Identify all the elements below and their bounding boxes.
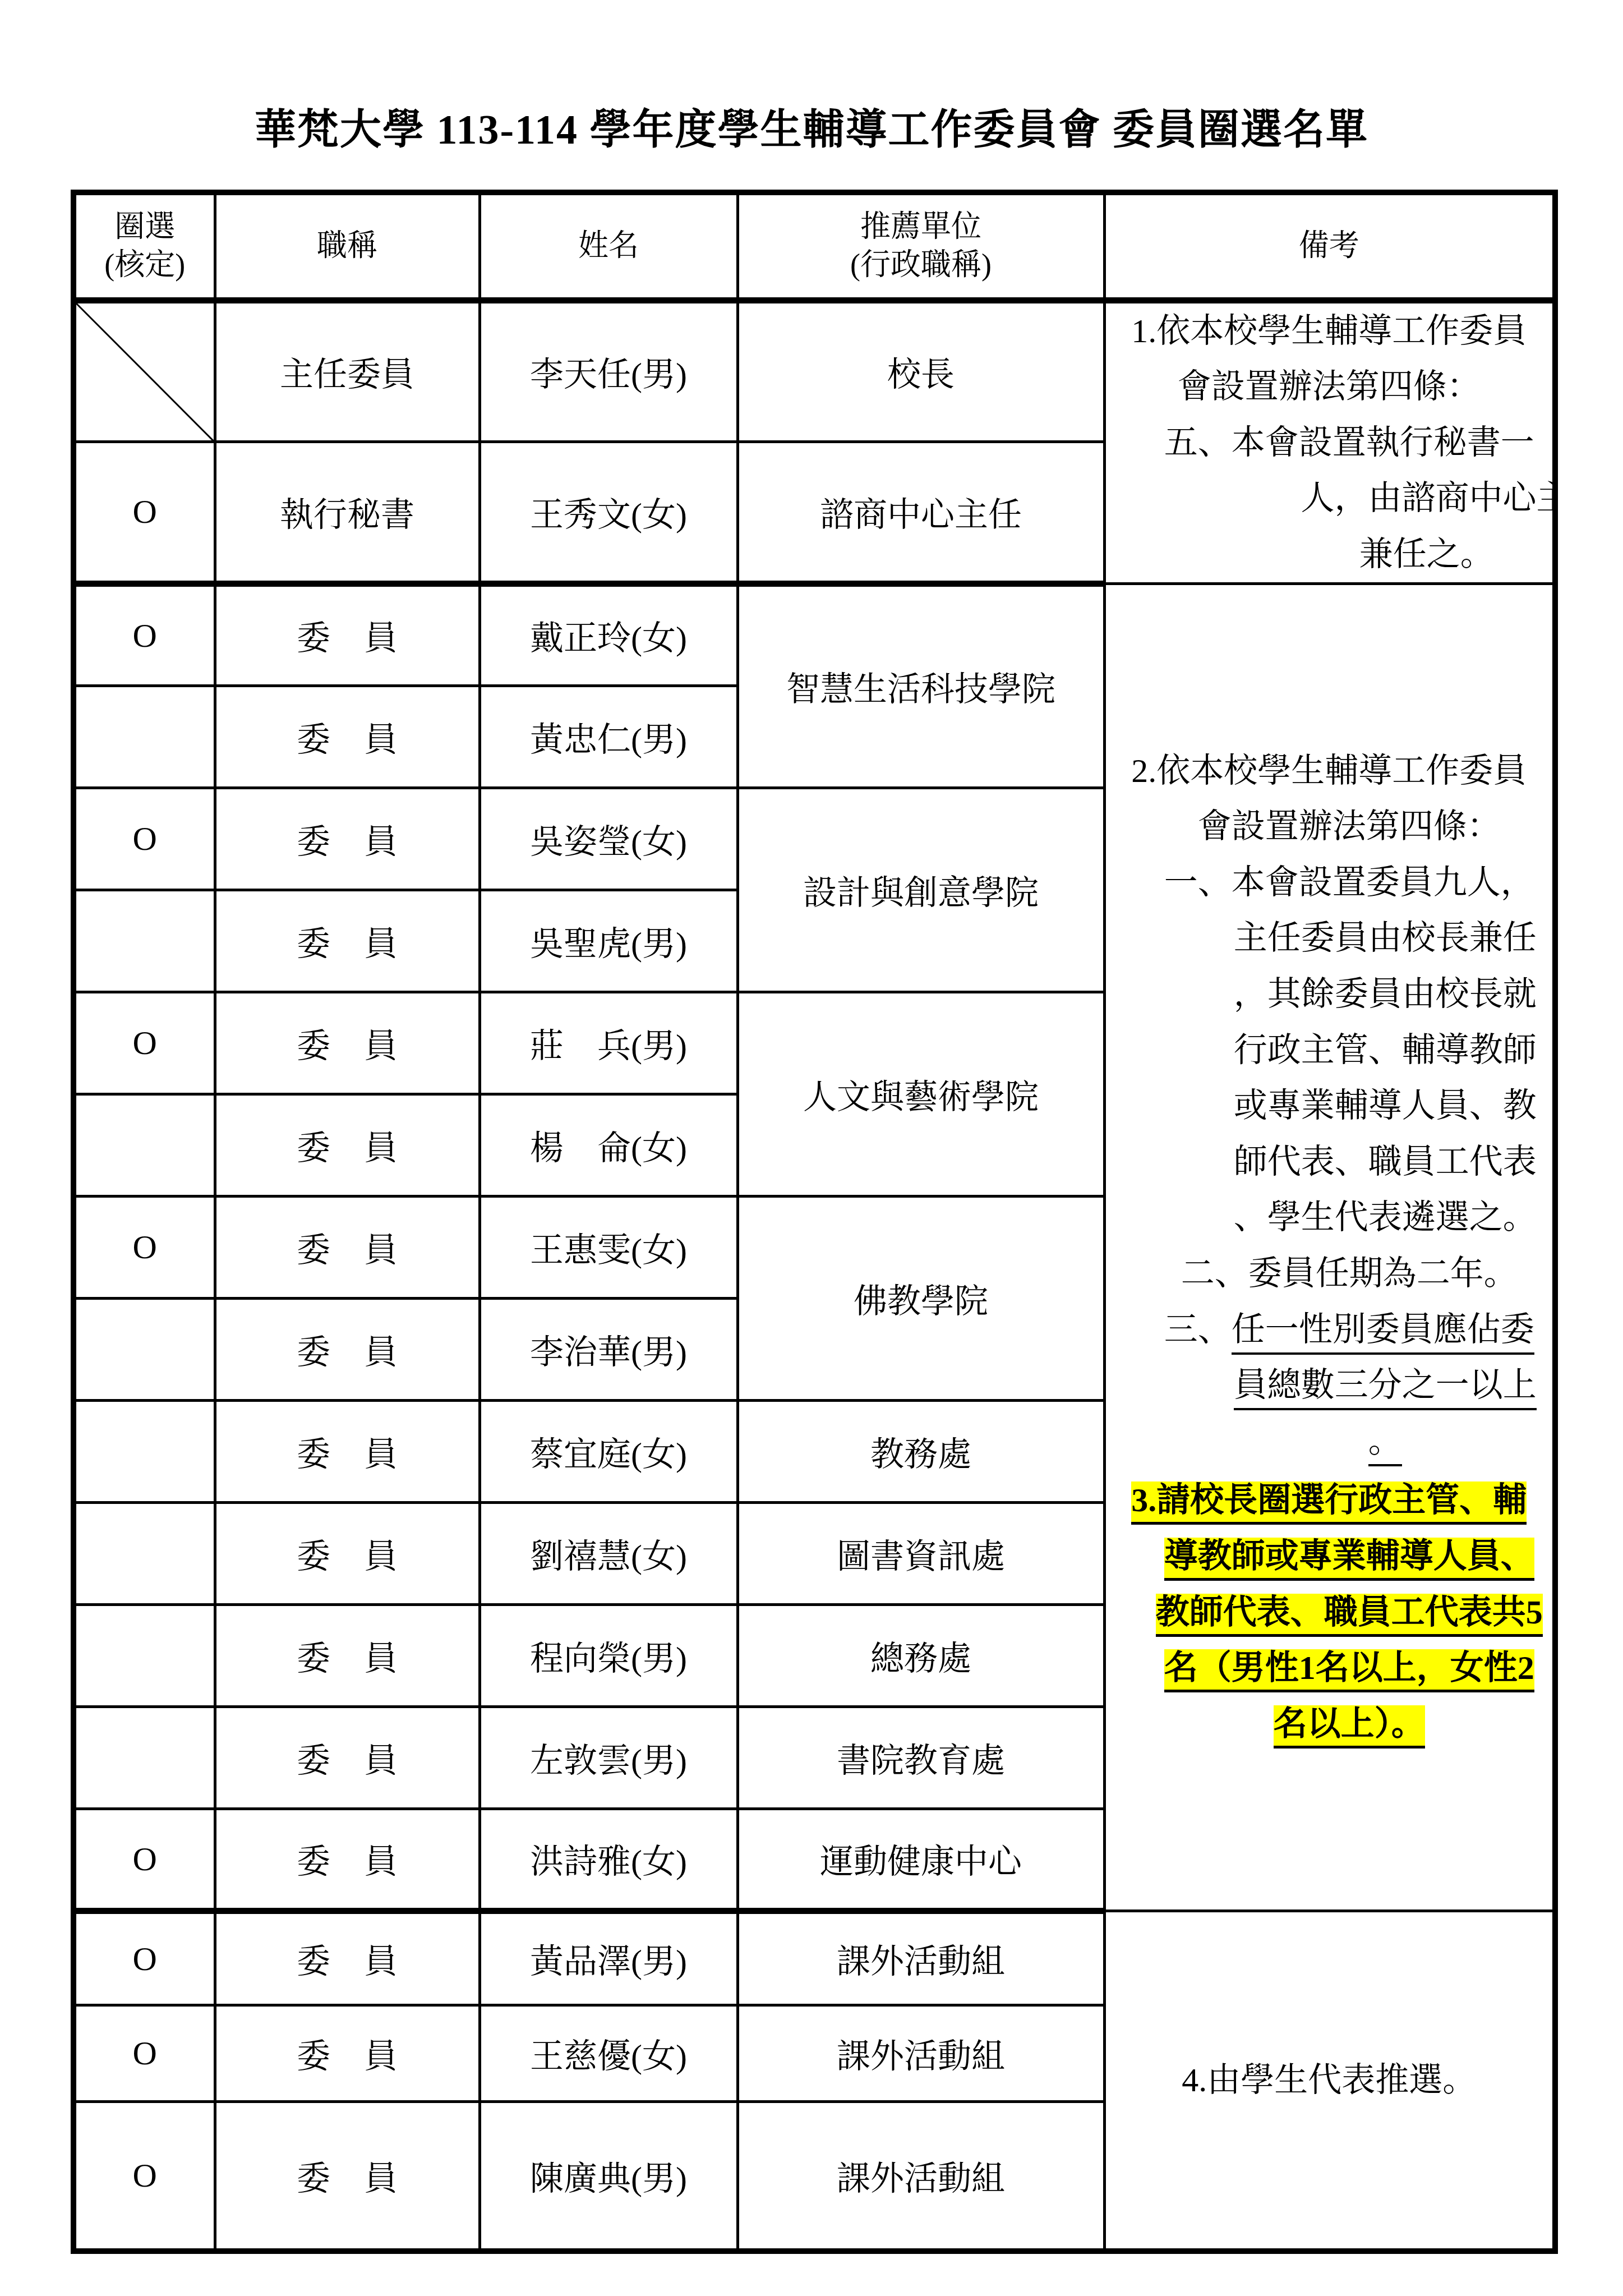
mark-cell: O [73,1911,215,2005]
highlighted-remark-line: 導教師或專業輔導人員、 [1106,1529,1553,1585]
position-cell: 委 員 [215,992,479,1094]
name-cell: 劉禧慧(女) [479,1503,737,1605]
remark-line: 或專業輔導人員、教 [1106,1078,1553,1134]
mark-cell [73,1401,215,1503]
position-cell: 委 員 [215,1911,479,2005]
highlighted-text: 名（男性1名以上，女性2 [1164,1649,1534,1692]
name-cell: 程向榮(男) [479,1605,737,1707]
header-circle-line2: (核定) [76,246,214,284]
unit-cell: 校長 [737,300,1104,442]
remark-cell-4: 4.由學生代表推選。 [1104,1911,1555,2251]
mark-cell [73,686,215,788]
highlighted-text: 3.請校長圈選行政主管、輔 [1131,1481,1527,1525]
name-cell: 陳廣典(男) [479,2102,737,2251]
unit-cell: 課外活動組 [737,2005,1104,2102]
mark-cell [73,1094,215,1197]
remark-line-prefix: 三、 [1164,1311,1232,1348]
mark-cell: O [73,1197,215,1299]
position-cell: 委 員 [215,1503,479,1605]
remark-line: 五、本會設置執行秘書一 [1106,415,1553,471]
mark-cell [73,1299,215,1401]
name-cell: 楊 侖(女) [479,1094,737,1197]
mark-cell [73,1707,215,1809]
header-position: 職稱 [215,192,479,300]
remark-line: 。 [1106,1414,1553,1470]
remark-line: 行政主管、輔導教師 [1106,1023,1553,1079]
mark-cell: O [73,584,215,686]
table-row: 主任委員 李天任(男) 校長 1.依本校學生輔導工作委員 會設置辦法第四條： 五… [73,300,1555,442]
remark-line: 、學生代表遴選之。 [1106,1190,1553,1246]
unit-cell: 智慧生活科技學院 [737,584,1104,788]
underlined-text: 員總數三分之一以上 [1234,1366,1537,1410]
highlighted-remark-line: 名（男性1名以上，女性2 [1106,1640,1553,1696]
name-cell: 戴正玲(女) [479,584,737,686]
doc-title: 華梵大學 113-114 學年度學生輔導工作委員會 委員圈選名單 [0,96,1623,156]
name-cell: 黃品澤(男) [479,1911,737,2005]
unit-cell: 圖書資訊處 [737,1503,1104,1605]
name-cell: 李天任(男) [479,300,737,442]
remark-line: 三、任一性別委員應佔委 [1106,1302,1553,1358]
unit-cell: 諮商中心主任 [737,442,1104,584]
position-cell: 委 員 [215,1401,479,1503]
unit-cell: 課外活動組 [737,1911,1104,2005]
header-row: 圈選 (核定) 職稱 姓名 推薦單位 (行政職稱) 備考 [73,192,1555,300]
header-circle-line1: 圈選 [76,208,214,246]
unit-cell: 總務處 [737,1605,1104,1707]
position-cell: 委 員 [215,1197,479,1299]
remark-line: 二、委員任期為二年。 [1106,1246,1553,1302]
table-row: O 委 員 黃品澤(男) 課外活動組 4.由學生代表推選。 [73,1911,1555,2005]
remark-line: 人，由諮商中心主任 [1106,471,1553,527]
remark-line: 4.由學生代表推選。 [1106,2053,1553,2109]
remark-cell-1: 1.依本校學生輔導工作委員 會設置辦法第四條： 五、本會設置執行秘書一 人，由諮… [1104,300,1555,584]
highlighted-remark-line: 名以上）。 [1106,1696,1553,1752]
mark-cell: O [73,992,215,1094]
header-name: 姓名 [479,192,737,300]
position-cell: 委 員 [215,788,479,890]
position-cell: 委 員 [215,2102,479,2251]
unit-cell: 課外活動組 [737,2102,1104,2251]
highlighted-text: 教師代表、職員工代表共5 [1156,1594,1543,1637]
remark-line: ，其餘委員由校長就 [1106,967,1553,1023]
mark-cell: O [73,2005,215,2102]
table-row: O 委 員 戴正玲(女) 智慧生活科技學院 2.依本校學生輔導工作委員 會設置辦… [73,584,1555,686]
unit-cell: 人文與藝術學院 [737,992,1104,1197]
mark-cell [73,300,215,442]
remark-line: 2.依本校學生輔導工作委員 [1106,743,1553,799]
name-cell: 王慈優(女) [479,2005,737,2102]
position-cell: 委 員 [215,1094,479,1197]
position-cell: 委 員 [215,1299,479,1401]
position-cell: 委 員 [215,1809,479,1911]
position-cell: 委 員 [215,686,479,788]
name-cell: 左敦雲(男) [479,1707,737,1809]
header-circle: 圈選 (核定) [73,192,215,300]
mark-cell: O [73,1809,215,1911]
unit-cell: 設計與創意學院 [737,788,1104,992]
remark-line: 會設置辦法第四條： [1106,359,1553,415]
name-cell: 王秀文(女) [479,442,737,584]
position-cell: 委 員 [215,1605,479,1707]
position-cell: 執行秘書 [215,442,479,584]
header-remark: 備考 [1104,192,1555,300]
position-cell: 委 員 [215,1707,479,1809]
name-cell: 莊 兵(男) [479,992,737,1094]
header-unit-line2: (行政職稱) [739,246,1103,284]
name-cell: 吳姿瑩(女) [479,788,737,890]
mark-cell: O [73,788,215,890]
unit-cell: 運動健康中心 [737,1809,1104,1911]
remark-line: 1.依本校學生輔導工作委員 [1106,303,1553,360]
unit-cell: 教務處 [737,1401,1104,1503]
remark-line: 員總數三分之一以上 [1106,1358,1553,1414]
position-cell: 委 員 [215,890,479,992]
unit-cell: 書院教育處 [737,1707,1104,1809]
highlighted-remark-line: 3.請校長圈選行政主管、輔 [1106,1473,1553,1529]
name-cell: 黃忠仁(男) [479,686,737,788]
highlighted-remark-line: 教師代表、職員工代表共5 [1106,1585,1553,1641]
name-cell: 王惠雯(女) [479,1197,737,1299]
position-cell: 主任委員 [215,300,479,442]
mark-cell [73,1605,215,1707]
remark-cell-2: 2.依本校學生輔導工作委員 會設置辦法第四條： 一、本會設置委員九人， 主任委員… [1104,584,1555,1911]
name-cell: 吳聖虎(男) [479,890,737,992]
name-cell: 蔡宜庭(女) [479,1401,737,1503]
underlined-text: 任一性別委員應佔委 [1232,1311,1534,1355]
remark-line: 會設置辦法第四條： [1106,799,1553,855]
underlined-text: 。 [1368,1423,1402,1466]
name-cell: 李治華(男) [479,1299,737,1401]
mark-cell: O [73,442,215,584]
mark-cell [73,890,215,992]
document-page: 華梵大學 113-114 學年度學生輔導工作委員會 委員圈選名單 圈選 (核定)… [0,0,1623,2296]
header-unit-line1: 推薦單位 [739,208,1103,246]
highlighted-text: 名以上）。 [1274,1705,1425,1749]
remark-line: 師代表、職員工代表 [1106,1134,1553,1190]
unit-cell: 佛教學院 [737,1197,1104,1401]
name-cell: 洪詩雅(女) [479,1809,737,1911]
mark-cell [73,1503,215,1605]
position-cell: 委 員 [215,584,479,686]
mark-cell: O [73,2102,215,2251]
committee-table: 圈選 (核定) 職稱 姓名 推薦單位 (行政職稱) 備考 主任委員 李天任(男)… [71,190,1558,2254]
highlighted-text: 導教師或專業輔導人員、 [1164,1538,1534,1581]
position-cell: 委 員 [215,2005,479,2102]
remark-line: 一、本會設置委員九人， [1106,855,1553,911]
remark-line: 主任委員由校長兼任 [1106,910,1553,967]
diagonal-slash-icon [76,303,214,441]
remark-line: 兼任之。 [1106,527,1553,583]
header-unit: 推薦單位 (行政職稱) [737,192,1104,300]
